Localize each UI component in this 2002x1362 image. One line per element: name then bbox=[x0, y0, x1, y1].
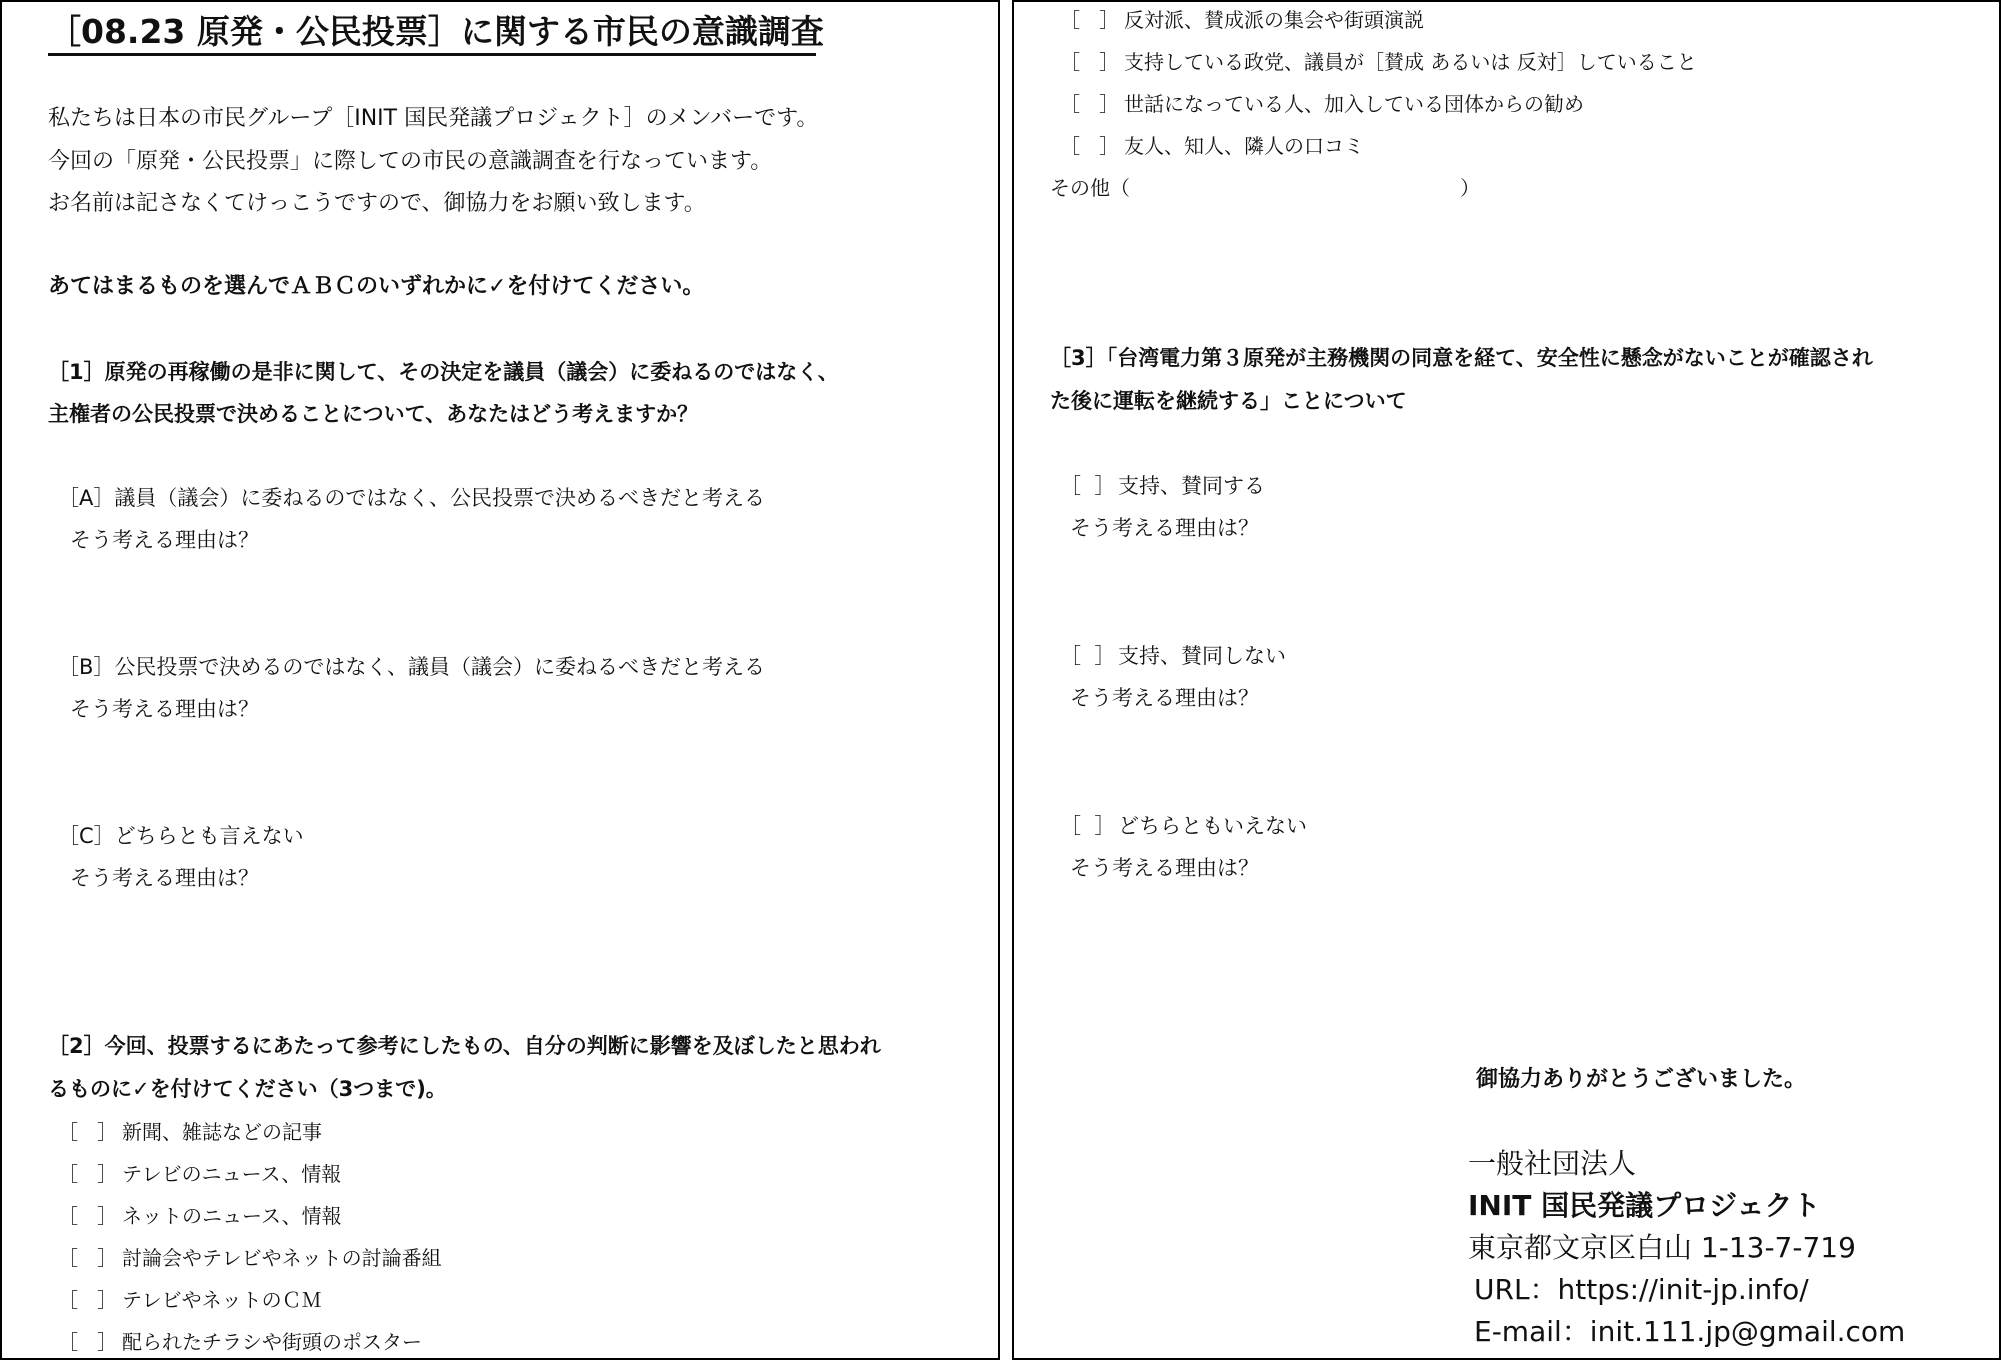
checkbox-brackets[interactable]: ［ ］ bbox=[58, 1332, 122, 1352]
q2-checkbox-item[interactable]: ［ ］支持している政党、議員が［賛成 あるいは 反対］していること bbox=[1060, 52, 1697, 72]
page-title: ［08.23 原発・公民投票］に関する市民の意識調査 bbox=[48, 15, 824, 48]
org-url[interactable]: URL：https://init-jp.info/ bbox=[1474, 1276, 1809, 1304]
q3-oppose-reason-label: そう考える理由は？ bbox=[1070, 688, 1259, 709]
org-address: 東京都文京区白山 1-13-7-719 bbox=[1468, 1234, 1856, 1262]
checkbox-brackets[interactable]: ［ ］ bbox=[1060, 816, 1118, 837]
intro-line-3: お名前は記さなくてけっこうですので、御協力をお願い致します。 bbox=[48, 193, 706, 215]
q2-checkbox-item[interactable]: ［ ］テレビのニュース、情報 bbox=[58, 1164, 341, 1184]
checkbox-brackets[interactable]: ［ ］ bbox=[58, 1122, 122, 1142]
q2-heading-line-2: るものに✓を付けてください（3つまで)。 bbox=[48, 1079, 447, 1100]
intro-line-2: 今回の「原発・公民投票」に際しての市民の意識調査を行なっています。 bbox=[48, 151, 772, 173]
checkbox-brackets[interactable]: ［ ］ bbox=[1060, 52, 1124, 72]
q3-neutral-reason-label: そう考える理由は？ bbox=[1070, 858, 1259, 879]
survey-page-left: ［08.23 原発・公民投票］に関する市民の意識調査 私たちは日本の市民グループ… bbox=[0, 0, 1000, 1360]
q2-checkbox-item[interactable]: ［ ］ネットのニュース、情報 bbox=[58, 1206, 342, 1226]
org-type: 一般社団法人 bbox=[1468, 1150, 1636, 1178]
q2-item-label: 友人、知人、隣人の口コミ bbox=[1124, 134, 1364, 158]
checkbox-brackets[interactable]: ［ ］ bbox=[1060, 94, 1124, 114]
org-email[interactable]: E-mail：init.111.jp@gmail.com bbox=[1474, 1318, 1905, 1346]
q2-item-label: 配られたチラシや街頭のポスター bbox=[122, 1330, 422, 1354]
q2-item-label: テレビのニュース、情報 bbox=[122, 1162, 341, 1186]
q2-checkbox-item[interactable]: ［ ］配られたチラシや街頭のポスター bbox=[58, 1332, 422, 1352]
q2-heading-line-1: ［2］今回、投票するにあたって参考にしたもの、自分の判断に影響を及ぼしたと思われ bbox=[48, 1036, 881, 1057]
q2-item-label: テレビやネットのＣＭ bbox=[122, 1288, 322, 1312]
checkbox-brackets[interactable]: ［ ］ bbox=[58, 1206, 122, 1226]
checkbox-brackets[interactable]: ［ ］ bbox=[1060, 646, 1118, 667]
q3-heading-line-1: ［3］「台湾電力第３原発が主務機関の同意を経て、安全性に懸念がないことが確認され bbox=[1050, 348, 1873, 369]
q1-heading-line-1: ［1］原発の再稼働の是非に関して、その決定を議員（議会）に委ねるのではなく、 bbox=[48, 362, 839, 383]
q2-checkbox-item[interactable]: ［ ］テレビやネットのＣＭ bbox=[58, 1290, 322, 1310]
q2-item-label: ネットのニュース、情報 bbox=[122, 1204, 342, 1228]
q1-option-b-reason-label: そう考える理由は？ bbox=[70, 699, 259, 720]
q2-checkbox-item[interactable]: ［ ］世話になっている人、加入している団体からの勧め bbox=[1060, 94, 1584, 114]
q3-option-support[interactable]: ［ ］支持、賛同する bbox=[1060, 476, 1265, 497]
q1-heading-line-2: 主権者の公民投票で決めることについて、あなたはどう考えますか？ bbox=[48, 404, 698, 425]
q2-checkbox-item[interactable]: ［ ］討論会やテレビやネットの討論番組 bbox=[58, 1248, 442, 1268]
q2-item-label: 討論会やテレビやネットの討論番組 bbox=[122, 1246, 442, 1270]
org-name: INIT 国民発議プロジェクト bbox=[1468, 1192, 1821, 1220]
q1-option-c[interactable]: ［C］どちらとも言えない bbox=[58, 826, 304, 847]
thank-you-message: 御協力ありがとうございました。 bbox=[1476, 1069, 1806, 1091]
q1-option-b[interactable]: ［B］公民投票で決めるのではなく、議員（議会）に委ねるべきだと考える bbox=[58, 657, 765, 678]
q2-item-label: 支持している政党、議員が［賛成 あるいは 反対］していること bbox=[1124, 50, 1697, 74]
checkbox-brackets[interactable]: ［ ］ bbox=[1060, 136, 1124, 156]
survey-page-right: ［ ］反対派、賛成派の集会や街頭演説 ［ ］支持している政党、議員が［賛成 ある… bbox=[1012, 0, 2001, 1360]
q2-other-field[interactable]: その他（） bbox=[1050, 178, 1480, 198]
q3-heading-line-2: た後に運転を継続する」ことについて bbox=[1050, 391, 1407, 412]
q1-option-a-reason-label: そう考える理由は？ bbox=[70, 530, 259, 551]
q2-item-label: 新聞、雑誌などの記事 bbox=[122, 1120, 322, 1144]
q2-checkbox-item[interactable]: ［ ］新聞、雑誌などの記事 bbox=[58, 1122, 322, 1142]
intro-line-1: 私たちは日本の市民グループ［INIT 国民発議プロジェクト］のメンバーです。 bbox=[48, 108, 818, 130]
q2-item-label: 世話になっている人、加入している団体からの勧め bbox=[1124, 92, 1584, 116]
checkbox-brackets[interactable]: ［ ］ bbox=[1060, 10, 1124, 30]
checkbox-brackets[interactable]: ［ ］ bbox=[58, 1290, 122, 1310]
q2-checkbox-item[interactable]: ［ ］反対派、賛成派の集会や街頭演説 bbox=[1060, 10, 1424, 30]
checkbox-brackets[interactable]: ［ ］ bbox=[58, 1164, 122, 1184]
q3-option-neutral[interactable]: ［ ］どちらともいえない bbox=[1060, 816, 1307, 837]
q3-option-oppose[interactable]: ［ ］支持、賛同しない bbox=[1060, 646, 1286, 667]
checkbox-brackets[interactable]: ［ ］ bbox=[58, 1248, 122, 1268]
q1-option-c-reason-label: そう考える理由は？ bbox=[70, 868, 259, 889]
checkbox-brackets[interactable]: ［ ］ bbox=[1060, 476, 1118, 497]
title-underline bbox=[48, 53, 816, 56]
q2-item-label: 反対派、賛成派の集会や街頭演説 bbox=[1124, 8, 1424, 32]
q3-support-reason-label: そう考える理由は？ bbox=[1070, 518, 1259, 539]
q2-checkbox-item[interactable]: ［ ］友人、知人、隣人の口コミ bbox=[1060, 136, 1364, 156]
instruction: あてはまるものを選んでＡＢＣのいずれかに✓を付けてください。 bbox=[48, 276, 704, 298]
q2-other-label: その他（ bbox=[1050, 176, 1130, 200]
q1-option-a[interactable]: ［A］議員（議会）に委ねるのではなく、公民投票で決めるべきだと考える bbox=[58, 488, 765, 509]
